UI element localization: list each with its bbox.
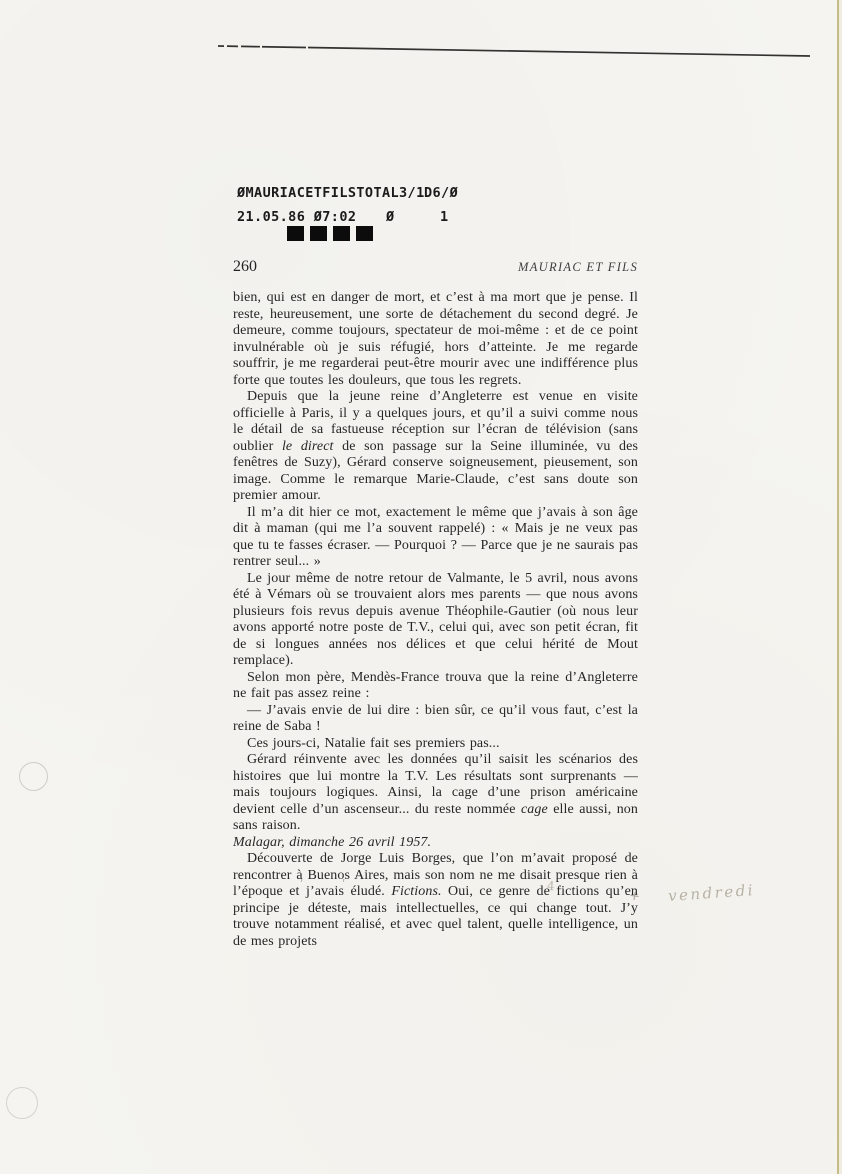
doc-id-text: ØMAURIACETFILSTOTAL3/1 (237, 185, 425, 201)
paragraph: Le jour même de notre retour de Valmante… (233, 571, 638, 670)
italic-text: Malagar, dimanche 26 avril 1957. (233, 835, 431, 850)
text-run: Selon mon père, Mendès-France trouva que… (233, 670, 638, 702)
pencil-mark-tick: ʹ (342, 878, 345, 892)
paragraph: Depuis que la jeune reine d’Angleterre e… (233, 389, 638, 505)
registration-mark (356, 226, 373, 241)
italic-text: cage (521, 802, 548, 817)
registration-marks (287, 226, 373, 241)
text-run: Le jour même de notre retour de Valmante… (233, 571, 638, 669)
page-number: 260 (233, 258, 257, 276)
paragraph: Selon mon père, Mendès-France trouva que… (233, 670, 638, 703)
pencil-mark-tick: ʹ (300, 878, 303, 892)
registration-mark (310, 226, 327, 241)
registration-mark (287, 226, 304, 241)
scan-edge-line (215, 40, 815, 62)
paragraph: Ces jours-ci, Natalie fait ses premiers … (233, 736, 638, 753)
doc-counter-a: Ø (386, 209, 395, 225)
pencil-mark-plus: + (628, 888, 641, 904)
paragraph: Il m’a dit hier ce mot, exactement le mê… (233, 505, 638, 571)
paragraph: — J’avais envie de lui dire : bien sûr, … (233, 703, 638, 736)
text-run: Il m’a dit hier ce mot, exactement le mê… (233, 505, 638, 570)
registration-mark (333, 226, 350, 241)
body-text: bien, qui est en danger de mort, et c’es… (233, 290, 638, 950)
running-head: MAURIAC ET FILS (518, 260, 638, 275)
punch-hole (6, 1087, 38, 1119)
text-run: bien, qui est en danger de mort, et c’es… (233, 290, 638, 388)
italic-text: le direct (282, 439, 334, 454)
doc-counter-b: 1 (440, 209, 449, 225)
paragraph: Découverte de Jorge Luis Borges, que l’o… (233, 851, 638, 950)
text-run: Ces jours-ci, Natalie fait ses premiers … (247, 736, 500, 751)
page-header: 260 MAURIAC ET FILS (233, 258, 638, 276)
scanner-edge-strip (837, 0, 839, 1174)
date-heading: Malagar, dimanche 26 avril 1957. (233, 835, 638, 852)
doc-datetime-text: 21.05.86 Ø7:02 (237, 209, 356, 225)
pencil-mark-four: 4 (547, 879, 556, 893)
paragraph: Gérard réinvente avec les données qu’il … (233, 752, 638, 835)
text-run: — J’avais envie de lui dire : bien sûr, … (233, 703, 638, 735)
italic-text: Fictions. (391, 884, 441, 899)
paragraph: bien, qui est en danger de mort, et c’es… (233, 290, 638, 389)
doc-code-text: D6/Ø (424, 185, 458, 201)
punch-hole (19, 762, 48, 791)
